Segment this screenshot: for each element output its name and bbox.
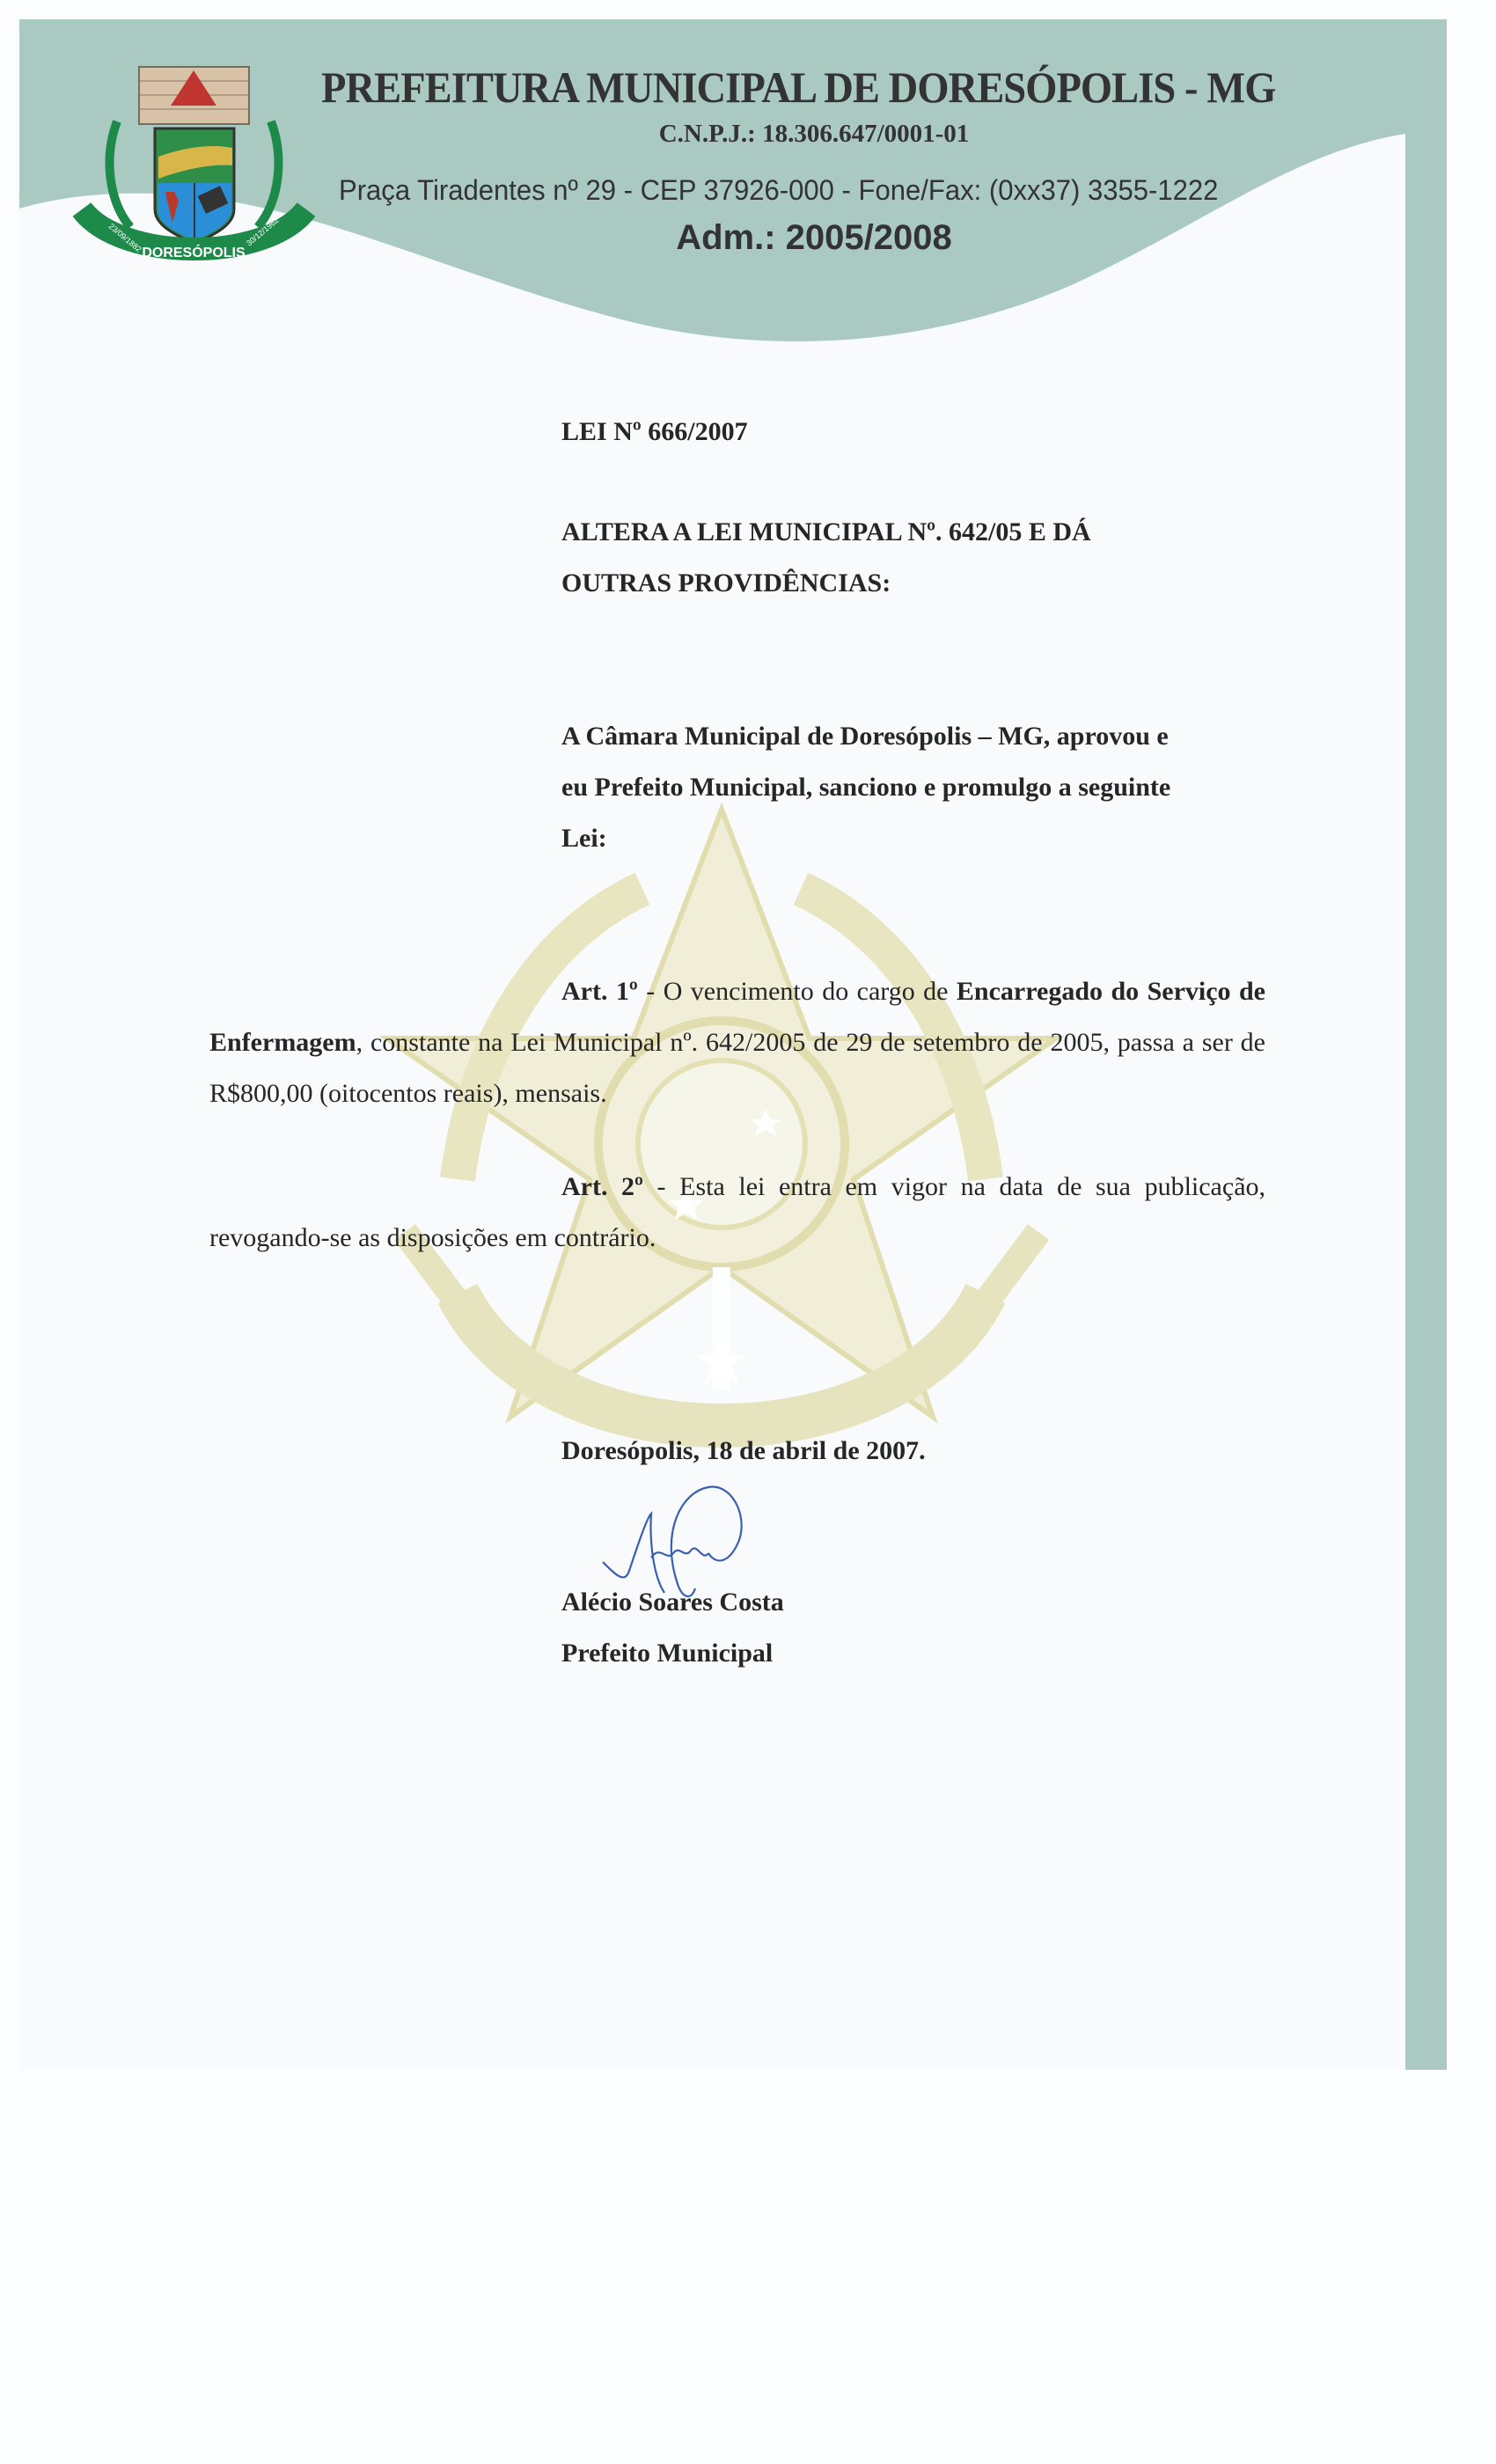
law-ementa: ALTERA A LEI MUNICIPAL Nº. 642/05 E DÁ O… [561,507,1265,609]
article-1-text: - O vencimento do cargo de [638,977,957,1006]
preamble-line: A Câmara Municipal de Doresópolis – MG, … [561,711,1283,762]
svg-text:DORESÓPOLIS: DORESÓPOLIS [142,244,246,260]
letterhead-cnpj: C.N.P.J.: 18.306.647/0001-01 [308,120,1320,149]
letterhead-side-band [1405,19,1447,2070]
municipal-coat-of-arms-icon: DORESÓPOLIS 23/09/1882 30/12/1962 [69,60,319,271]
article-1-label: Art. 1º [561,977,638,1006]
preamble-line: eu Prefeito Municipal, sanciono e promul… [561,762,1283,813]
article-1-text-rest: , constante na Lei Municipal nº. 642/200… [209,1028,1265,1108]
article-2: Art. 2º - Esta lei entra em vigor na dat… [209,1162,1265,1264]
letterhead-address: Praça Tiradentes nº 29 - CEP 37926-000 -… [339,174,1218,207]
article-2-label: Art. 2º [561,1172,643,1201]
place-date: Doresópolis, 18 de abril de 2007. [561,1426,926,1477]
law-preamble: A Câmara Municipal de Doresópolis – MG, … [561,711,1283,864]
letterhead-administration: Adm.: 2005/2008 [308,218,1320,258]
signer-name: Alécio Soares Costa [561,1577,784,1628]
law-number: LEI Nº 666/2007 [561,407,748,458]
article-2-text: - Esta lei entra em vigor na data de sua… [209,1172,1265,1252]
article-1: Art. 1º - O vencimento do cargo de Encar… [209,966,1265,1119]
coat-of-arms-watermark-icon [352,774,1091,1505]
ementa-line: OUTRAS PROVIDÊNCIAS: [561,558,1265,609]
ementa-line: ALTERA A LEI MUNICIPAL Nº. 642/05 E DÁ [561,507,1265,558]
signer-role: Prefeito Municipal [561,1628,773,1679]
letterhead-title: PREFEITURA MUNICIPAL DE DORESÓPOLIS - MG [321,62,1263,113]
preamble-line: Lei: [561,813,1283,864]
